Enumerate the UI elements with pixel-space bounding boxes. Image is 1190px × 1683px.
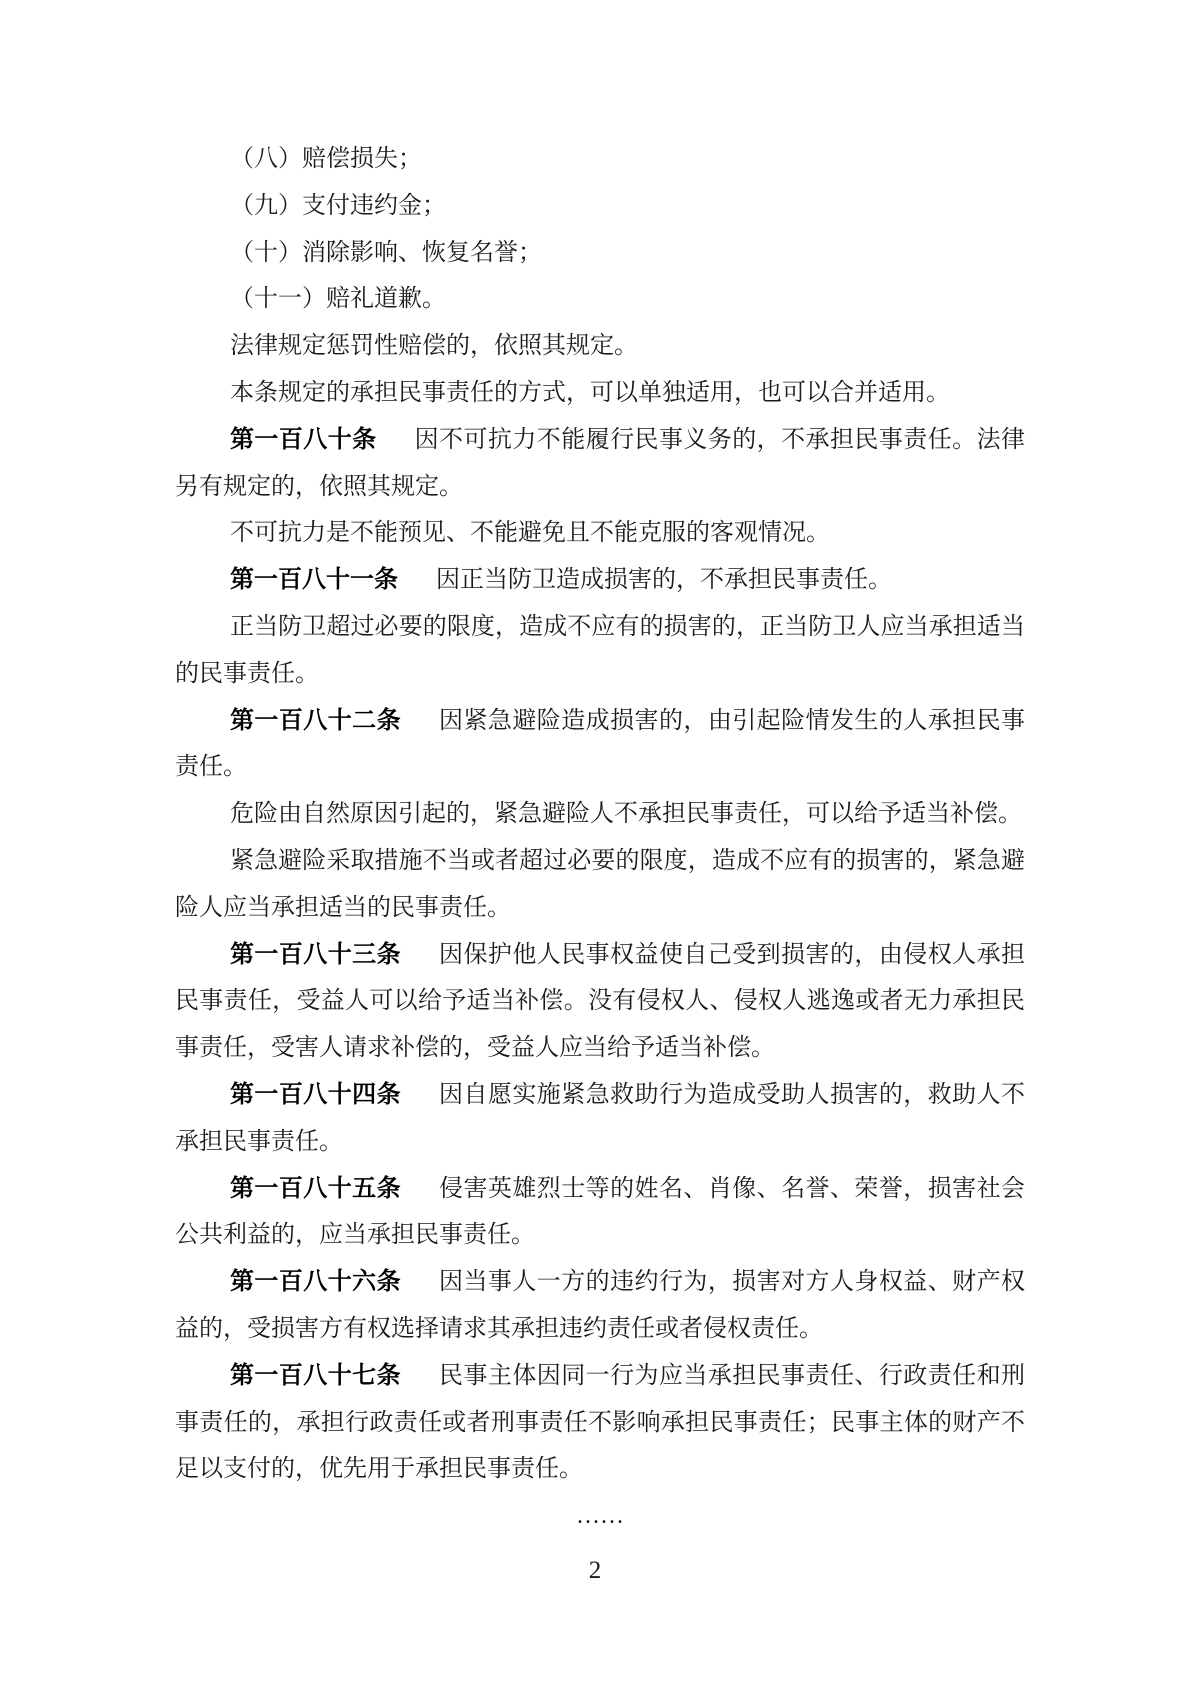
article-number: 第一百八十五条: [230, 1176, 401, 1202]
article-number: 第一百八十二条: [230, 708, 401, 734]
article-text: 因正当防卫造成损害的，不承担民事责任。: [436, 567, 892, 593]
body-paragraph: 法律规定惩罚性赔偿的，依照其规定。: [175, 323, 1025, 370]
article-paragraph-180: 第一百八十条因不可抗力不能履行民事义务的，不承担民事责任。法律另有规定的，依照其…: [175, 417, 1025, 511]
article-paragraph-187: 第一百八十七条民事主体因同一行为应当承担民事责任、行政责任和刑事责任的，承担行政…: [175, 1353, 1025, 1493]
list-item-8: （八）赔偿损失；: [175, 136, 1025, 183]
article-number: 第一百八十四条: [230, 1082, 401, 1108]
article-paragraph-184: 第一百八十四条因自愿实施紧急救助行为造成受助人损害的，救助人不承担民事责任。: [175, 1072, 1025, 1166]
page-footer: 2: [0, 1556, 1190, 1586]
body-paragraph: 紧急避险采取措施不当或者超过必要的限度，造成不应有的损害的，紧急避险人应当承担适…: [175, 838, 1025, 932]
article-paragraph-182: 第一百八十二条因紧急避险造成损害的，由引起险情发生的人承担民事责任。: [175, 698, 1025, 792]
article-number: 第一百八十一条: [230, 567, 398, 593]
document-body: （八）赔偿损失； （九）支付违约金； （十）消除影响、恢复名誉； （十一）赔礼道…: [175, 136, 1025, 1540]
body-paragraph: 危险由自然原因引起的，紧急避险人不承担民事责任，可以给予适当补偿。: [175, 791, 1025, 838]
document-page: （八）赔偿损失； （九）支付违约金； （十）消除影响、恢复名誉； （十一）赔礼道…: [0, 0, 1190, 1683]
list-item-10: （十）消除影响、恢复名誉；: [175, 230, 1025, 277]
article-paragraph-186: 第一百八十六条因当事人一方的违约行为，损害对方人身权益、财产权益的，受损害方有权…: [175, 1259, 1025, 1353]
body-paragraph: 不可抗力是不能预见、不能避免且不能克服的客观情况。: [175, 510, 1025, 557]
article-number: 第一百八十六条: [230, 1269, 401, 1295]
article-paragraph-181: 第一百八十一条因正当防卫造成损害的，不承担民事责任。: [175, 557, 1025, 604]
article-paragraph-185: 第一百八十五条侵害英雄烈士等的姓名、肖像、名誉、荣誉，损害社会公共利益的，应当承…: [175, 1166, 1025, 1260]
omitted-content-ellipsis: ……: [175, 1493, 1025, 1540]
article-number: 第一百八十七条: [230, 1363, 401, 1389]
list-item-11: （十一）赔礼道歉。: [175, 276, 1025, 323]
article-number: 第一百八十条: [230, 427, 377, 453]
list-item-9: （九）支付违约金；: [175, 183, 1025, 230]
body-paragraph: 正当防卫超过必要的限度，造成不应有的损害的，正当防卫人应当承担适当的民事责任。: [175, 604, 1025, 698]
article-paragraph-183: 第一百八十三条因保护他人民事权益使自己受到损害的，由侵权人承担民事责任，受益人可…: [175, 932, 1025, 1072]
article-number: 第一百八十三条: [230, 942, 401, 968]
page-number: 2: [589, 1557, 602, 1584]
body-paragraph: 本条规定的承担民事责任的方式，可以单独适用，也可以合并适用。: [175, 370, 1025, 417]
